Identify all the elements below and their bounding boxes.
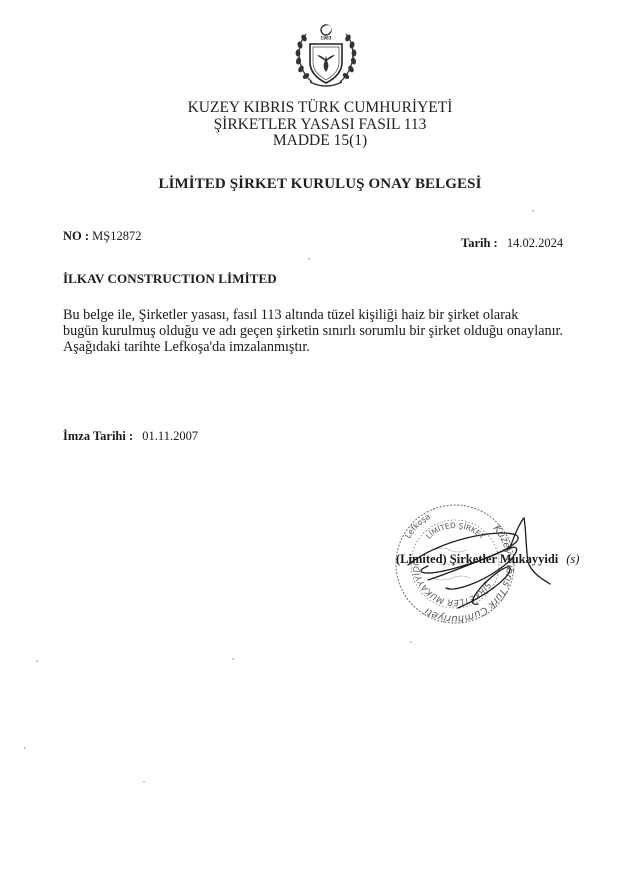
registrar-title-text: (Limited) Şirketler Mukayyidi xyxy=(396,552,558,566)
document-header: KUZEY KIBRIS TÜRK CUMHURİYETİ ŞİRKETLER … xyxy=(0,100,640,150)
scan-speck xyxy=(308,258,310,260)
scan-speck xyxy=(24,747,26,749)
header-law: ŞİRKETLER YASASI FASIL 113 xyxy=(0,117,640,134)
signature-date: İmza Tarihi : 01.11.2007 xyxy=(63,429,198,444)
scan-speck xyxy=(143,781,145,783)
scan-speck xyxy=(532,210,534,212)
svg-text:LİMİTED ŞİRKET: LİMİTED ŞİRKET xyxy=(424,521,487,541)
header-article: MADDE 15(1) xyxy=(0,133,640,150)
scan-speck xyxy=(36,660,38,662)
registrar-title: (Limited) Şirketler Mukayyidi(s) xyxy=(396,552,579,567)
company-name: İLKAV CONSTRUCTION LİMİTED xyxy=(63,271,277,287)
signature-date-value: 01.11.2007 xyxy=(142,429,198,443)
certificate-body: Bu belge ile, Şirketler yasası, fasıl 11… xyxy=(63,307,623,355)
scan-speck xyxy=(410,641,412,643)
header-country: KUZEY KIBRIS TÜRK CUMHURİYETİ xyxy=(0,100,640,117)
issue-date-label: Tarih : xyxy=(461,236,498,250)
svg-text:Kuzey Kıbrıs Türk Cumhuriyeti: Kuzey Kıbrıs Türk Cumhuriyeti xyxy=(423,523,515,624)
issue-date: Tarih : 14.02.2024 xyxy=(461,236,563,251)
body-line: bugün kurulmuş olduğu ve adı geçen şirke… xyxy=(63,323,623,339)
issue-date-value: 14.02.2024 xyxy=(507,236,563,250)
registrar-signed-suffix: (s) xyxy=(566,552,579,566)
scan-speck xyxy=(232,658,234,660)
body-line: Bu belge ile, Şirketler yasası, fasıl 11… xyxy=(63,307,623,323)
body-line: Aşağıdaki tarihte Lefkoşa'da imzalanmışt… xyxy=(63,339,623,355)
coat-of-arms-emblem: 1983 xyxy=(292,22,360,92)
registration-number: NO : MŞ12872 xyxy=(63,229,142,244)
signature-date-label: İmza Tarihi : xyxy=(63,429,133,443)
registration-number-value: MŞ12872 xyxy=(92,229,141,243)
registration-number-label: NO : xyxy=(63,229,89,243)
document-title: LİMİTED ŞİRKET KURULUŞ ONAY BELGESİ xyxy=(0,176,640,193)
svg-text:1983: 1983 xyxy=(320,36,331,41)
